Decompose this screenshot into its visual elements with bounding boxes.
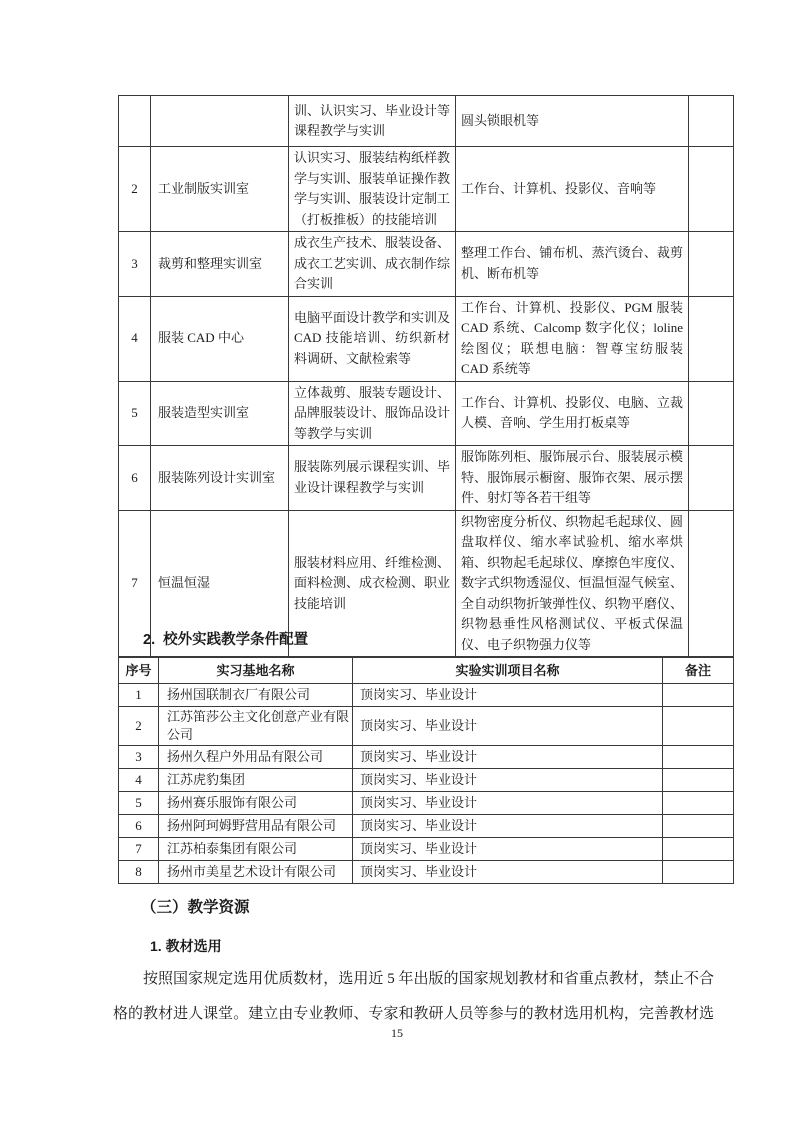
table-row: 4 服装 CAD 中心 电脑平面设计教学和实训及 CAD 技能培训、纺织新材料调… [119,296,734,381]
column-header: 序号 [119,658,159,684]
table-row: 训、认识实习、毕业设计等课程教学与实训 圆头锁眼机等 [119,96,734,147]
room-usage-cell: 服装材料应用、纤维检测、面料检测、成衣检测、职业技能培训 [289,510,456,657]
table-row: 6 扬州阿珂姆野营用品有限公司 顶岗实习、毕业设计 [119,815,734,838]
equipment-cell: 织物密度分析仪、织物起毛起球仪、圆盘取样仪、缩水率试验机、缩水率烘箱、织物起毛起… [456,510,689,657]
project-cell: 顶岗实习、毕业设计 [353,838,663,861]
note-cell [663,769,734,792]
training-room-table: 训、认识实习、毕业设计等课程教学与实训 圆头锁眼机等 2 工业制版实训室 认识实… [118,95,734,657]
equipment-cell: 工作台、计算机、投影仪、电脑、立裁人模、音响、学生用打板桌等 [456,381,689,446]
room-usage-cell: 电脑平面设计教学和实训及 CAD 技能培训、纺织新材料调研、文献检索等 [289,296,456,381]
room-name-cell: 服装 CAD 中心 [151,296,289,381]
room-usage-cell: 认识实习、服装结构纸样教学与实训、服装单证操作教学与实训、服装设计定制工（打板推… [289,147,456,232]
row-number-cell: 3 [119,746,159,769]
equipment-cell: 工作台、计算机、投影仪、音响等 [456,147,689,232]
room-name-cell: 服装陈列设计实训室 [151,446,289,511]
table-row: 8 扬州市美星艺术设计有限公司 顶岗实习、毕业设计 [119,861,734,884]
note-cell [663,838,734,861]
column-header: 实习基地名称 [159,658,353,684]
project-cell: 顶岗实习、毕业设计 [353,815,663,838]
base-name-cell: 扬州市美星艺术设计有限公司 [159,861,353,884]
base-name-cell: 江苏柏泰集团有限公司 [159,838,353,861]
page-number: 15 [0,1026,794,1041]
note-cell [689,381,734,446]
note-cell [689,446,734,511]
table-row: 5 扬州赛乐服饰有限公司 顶岗实习、毕业设计 [119,792,734,815]
base-name-cell: 扬州国联制衣厂有限公司 [159,684,353,707]
equipment-cell: 圆头锁眼机等 [456,96,689,147]
room-name-cell [151,96,289,147]
base-name-cell: 扬州久程户外用品有限公司 [159,746,353,769]
row-number-cell: 5 [119,381,151,446]
table-row: 7 江苏柏泰集团有限公司 顶岗实习、毕业设计 [119,838,734,861]
table-row: 3 裁剪和整理实训室 成衣生产技术、服装设备、成衣工艺实训、成衣制作综合实训 整… [119,232,734,297]
note-cell [689,96,734,147]
row-number-cell: 5 [119,792,159,815]
note-cell [689,232,734,297]
room-usage-cell: 立体裁剪、服装专题设计、品牌服装设计、服饰品设计等教学与实训 [289,381,456,446]
body-paragraph: 按照国家规定选用优质数材，选用近 5 年出版的国家规划教材和省重点教材，禁止不合… [113,962,714,1032]
note-cell [663,684,734,707]
table-row: 3 扬州久程户外用品有限公司 顶岗实习、毕业设计 [119,746,734,769]
column-header: 实验实训项目名称 [353,658,663,684]
room-name-cell: 裁剪和整理实训室 [151,232,289,297]
row-number-cell: 6 [119,815,159,838]
note-cell [663,861,734,884]
project-cell: 顶岗实习、毕业设计 [353,746,663,769]
note-cell [689,296,734,381]
room-usage-cell: 训、认识实习、毕业设计等课程教学与实训 [289,96,456,147]
row-number-cell: 6 [119,446,151,511]
project-cell: 顶岗实习、毕业设计 [353,769,663,792]
table-row: 6 服装陈列设计实训室 服装陈列展示课程实训、毕业设计课程教学与实训 服饰陈列柜… [119,446,734,511]
row-number-cell: 7 [119,838,159,861]
heading-off-campus-config: 2. 校外实践教学条件配置 [143,628,308,649]
base-name-cell: 江苏虎豹集团 [159,769,353,792]
table-row: 2 江苏笛莎公主文化创意产业有限公司 顶岗实习、毕业设计 [119,707,734,746]
row-number-cell: 8 [119,861,159,884]
table-row: 5 服装造型实训室 立体裁剪、服装专题设计、品牌服装设计、服饰品设计等教学与实训… [119,381,734,446]
project-cell: 顶岗实习、毕业设计 [353,792,663,815]
document-page: 训、认识实习、毕业设计等课程教学与实训 圆头锁眼机等 2 工业制版实训室 认识实… [0,0,794,1123]
subsection-title-textbook-selection: 1. 教材选用 [150,936,222,956]
row-number-cell [119,96,151,147]
table-row: 4 江苏虎豹集团 顶岗实习、毕业设计 [119,769,734,792]
note-cell [663,792,734,815]
project-cell: 顶岗实习、毕业设计 [353,707,663,746]
table-row: 1 扬州国联制衣厂有限公司 顶岗实习、毕业设计 [119,684,734,707]
room-usage-cell: 服装陈列展示课程实训、毕业设计课程教学与实训 [289,446,456,511]
note-cell [663,746,734,769]
row-number-cell: 2 [119,147,151,232]
room-name-cell: 工业制版实训室 [151,147,289,232]
equipment-cell: 服饰陈列柜、服饰展示台、服装展示模特、服饰展示橱窗、服饰衣架、展示摆件、射灯等各… [456,446,689,511]
base-name-cell: 扬州赛乐服饰有限公司 [159,792,353,815]
room-name-cell: 服装造型实训室 [151,381,289,446]
note-cell [663,707,734,746]
equipment-cell: 工作台、计算机、投影仪、PGM 服装 CAD 系统、Calcomp 数字化仪；l… [456,296,689,381]
project-cell: 顶岗实习、毕业设计 [353,684,663,707]
room-usage-cell: 成衣生产技术、服装设备、成衣工艺实训、成衣制作综合实训 [289,232,456,297]
section-title-teaching-resources: （三）教学资源 [141,895,250,917]
table-header-row: 序号 实习基地名称 实验实训项目名称 备注 [119,658,734,684]
base-name-cell: 江苏笛莎公主文化创意产业有限公司 [159,707,353,746]
table-row: 2 工业制版实训室 认识实习、服装结构纸样教学与实训、服装单证操作教学与实训、服… [119,147,734,232]
row-number-cell: 4 [119,769,159,792]
equipment-cell: 整理工作台、铺布机、蒸汽烫台、裁剪机、断布机等 [456,232,689,297]
row-number-cell: 4 [119,296,151,381]
row-number-cell: 2 [119,707,159,746]
row-number-cell: 3 [119,232,151,297]
project-cell: 顶岗实习、毕业设计 [353,861,663,884]
note-cell [663,815,734,838]
note-cell [689,510,734,657]
note-cell [689,147,734,232]
base-name-cell: 扬州阿珂姆野营用品有限公司 [159,815,353,838]
row-number-cell: 1 [119,684,159,707]
column-header: 备注 [663,658,734,684]
practice-base-table: 序号 实习基地名称 实验实训项目名称 备注 1 扬州国联制衣厂有限公司 顶岗实习… [118,657,734,884]
paragraph-line: 按照国家规定选用优质数材，选用近 5 年出版的国家规划教材和省重点教材，禁止不合 [113,962,714,997]
